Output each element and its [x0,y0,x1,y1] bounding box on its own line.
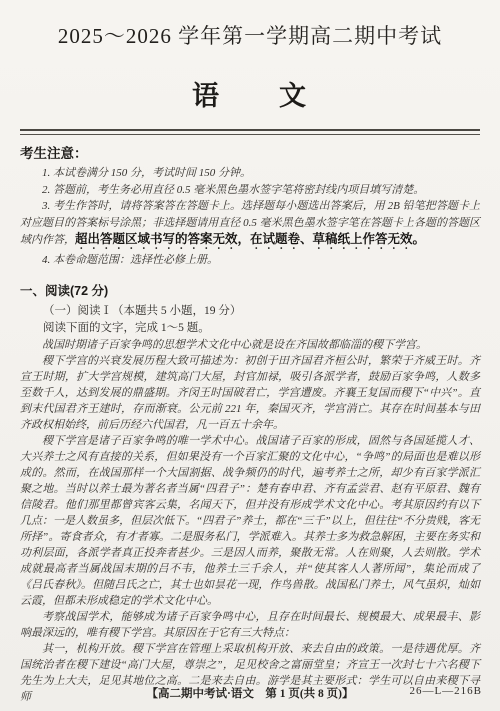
passage-paragraph-2: 稷下学宫的兴衰发展历程大致可描述为：初创于田齐国君齐桓公时，繁荣于齐威王时。齐宣… [20,353,480,433]
notice-item-1: 1. 本试卷满分 150 分，考试时间 150 分钟。 [20,165,480,182]
exam-title: 2025～2026 学年第一学期高二期中考试 [20,20,480,50]
reading-instruction: 阅读下面的文字，完成 1～5 题。 [20,320,480,337]
section-title-reading: 一、阅读(72 分) [20,281,480,299]
notice-item-4: 4. 本卷命题范围：选择性必修上册。 [20,252,480,269]
notice-item-2: 2. 答题前，考生务必用直径 0.5 毫米黑色墨水签字笔将密封线内项目填写清楚。 [20,182,480,199]
passage-paragraph-4: 考察战国学术，能够成为诸子百家争鸣中心，且存在时间最长、规模最大、成果最丰、影响… [20,609,480,641]
passage-paragraph-1: 战国时期诸子百家争鸣的思想学术文化中心就是设在齐国故都临淄的稷下学宫。 [20,337,480,353]
header-divider-double-rule [20,129,480,135]
notice-item-3: 3. 考生作答时，请将答案答在答题卡上。选择题每小题选出答案后，用 2B 铅笔把… [20,198,480,252]
exam-subject: 语 文 [20,74,480,113]
passage-paragraph-3: 稷下学宫是诸子百家争鸣的唯一学术中心。战国诸子百家的形成，固然与各国延揽人才、大… [20,433,480,609]
footer-paper-code: 26—L—216B [409,685,482,697]
subsection-title-reading-1: （一）阅读Ⅰ（本题共 5 小题，19 分） [20,303,480,320]
notice-item-3-emphasized-text: 超出答题区域书写的答案无效，在试题卷、草稿纸上作答无效。 [75,232,425,246]
exam-paper-page: 2025～2026 学年第一学期高二期中考试 语 文 考生注意： 1. 本试卷满… [0,0,500,711]
reading-section: 一、阅读(72 分) （一）阅读Ⅰ（本题共 5 小题，19 分） 阅读下面的文字… [20,281,480,705]
page-footer: 【高二期中考试·语文 第 1 页(共 8 页)】 26—L—216B [0,685,500,703]
notice-heading: 考生注意： [20,142,480,162]
candidate-notice-section: 考生注意： 1. 本试卷满分 150 分，考试时间 150 分钟。 2. 答题前… [20,142,480,269]
